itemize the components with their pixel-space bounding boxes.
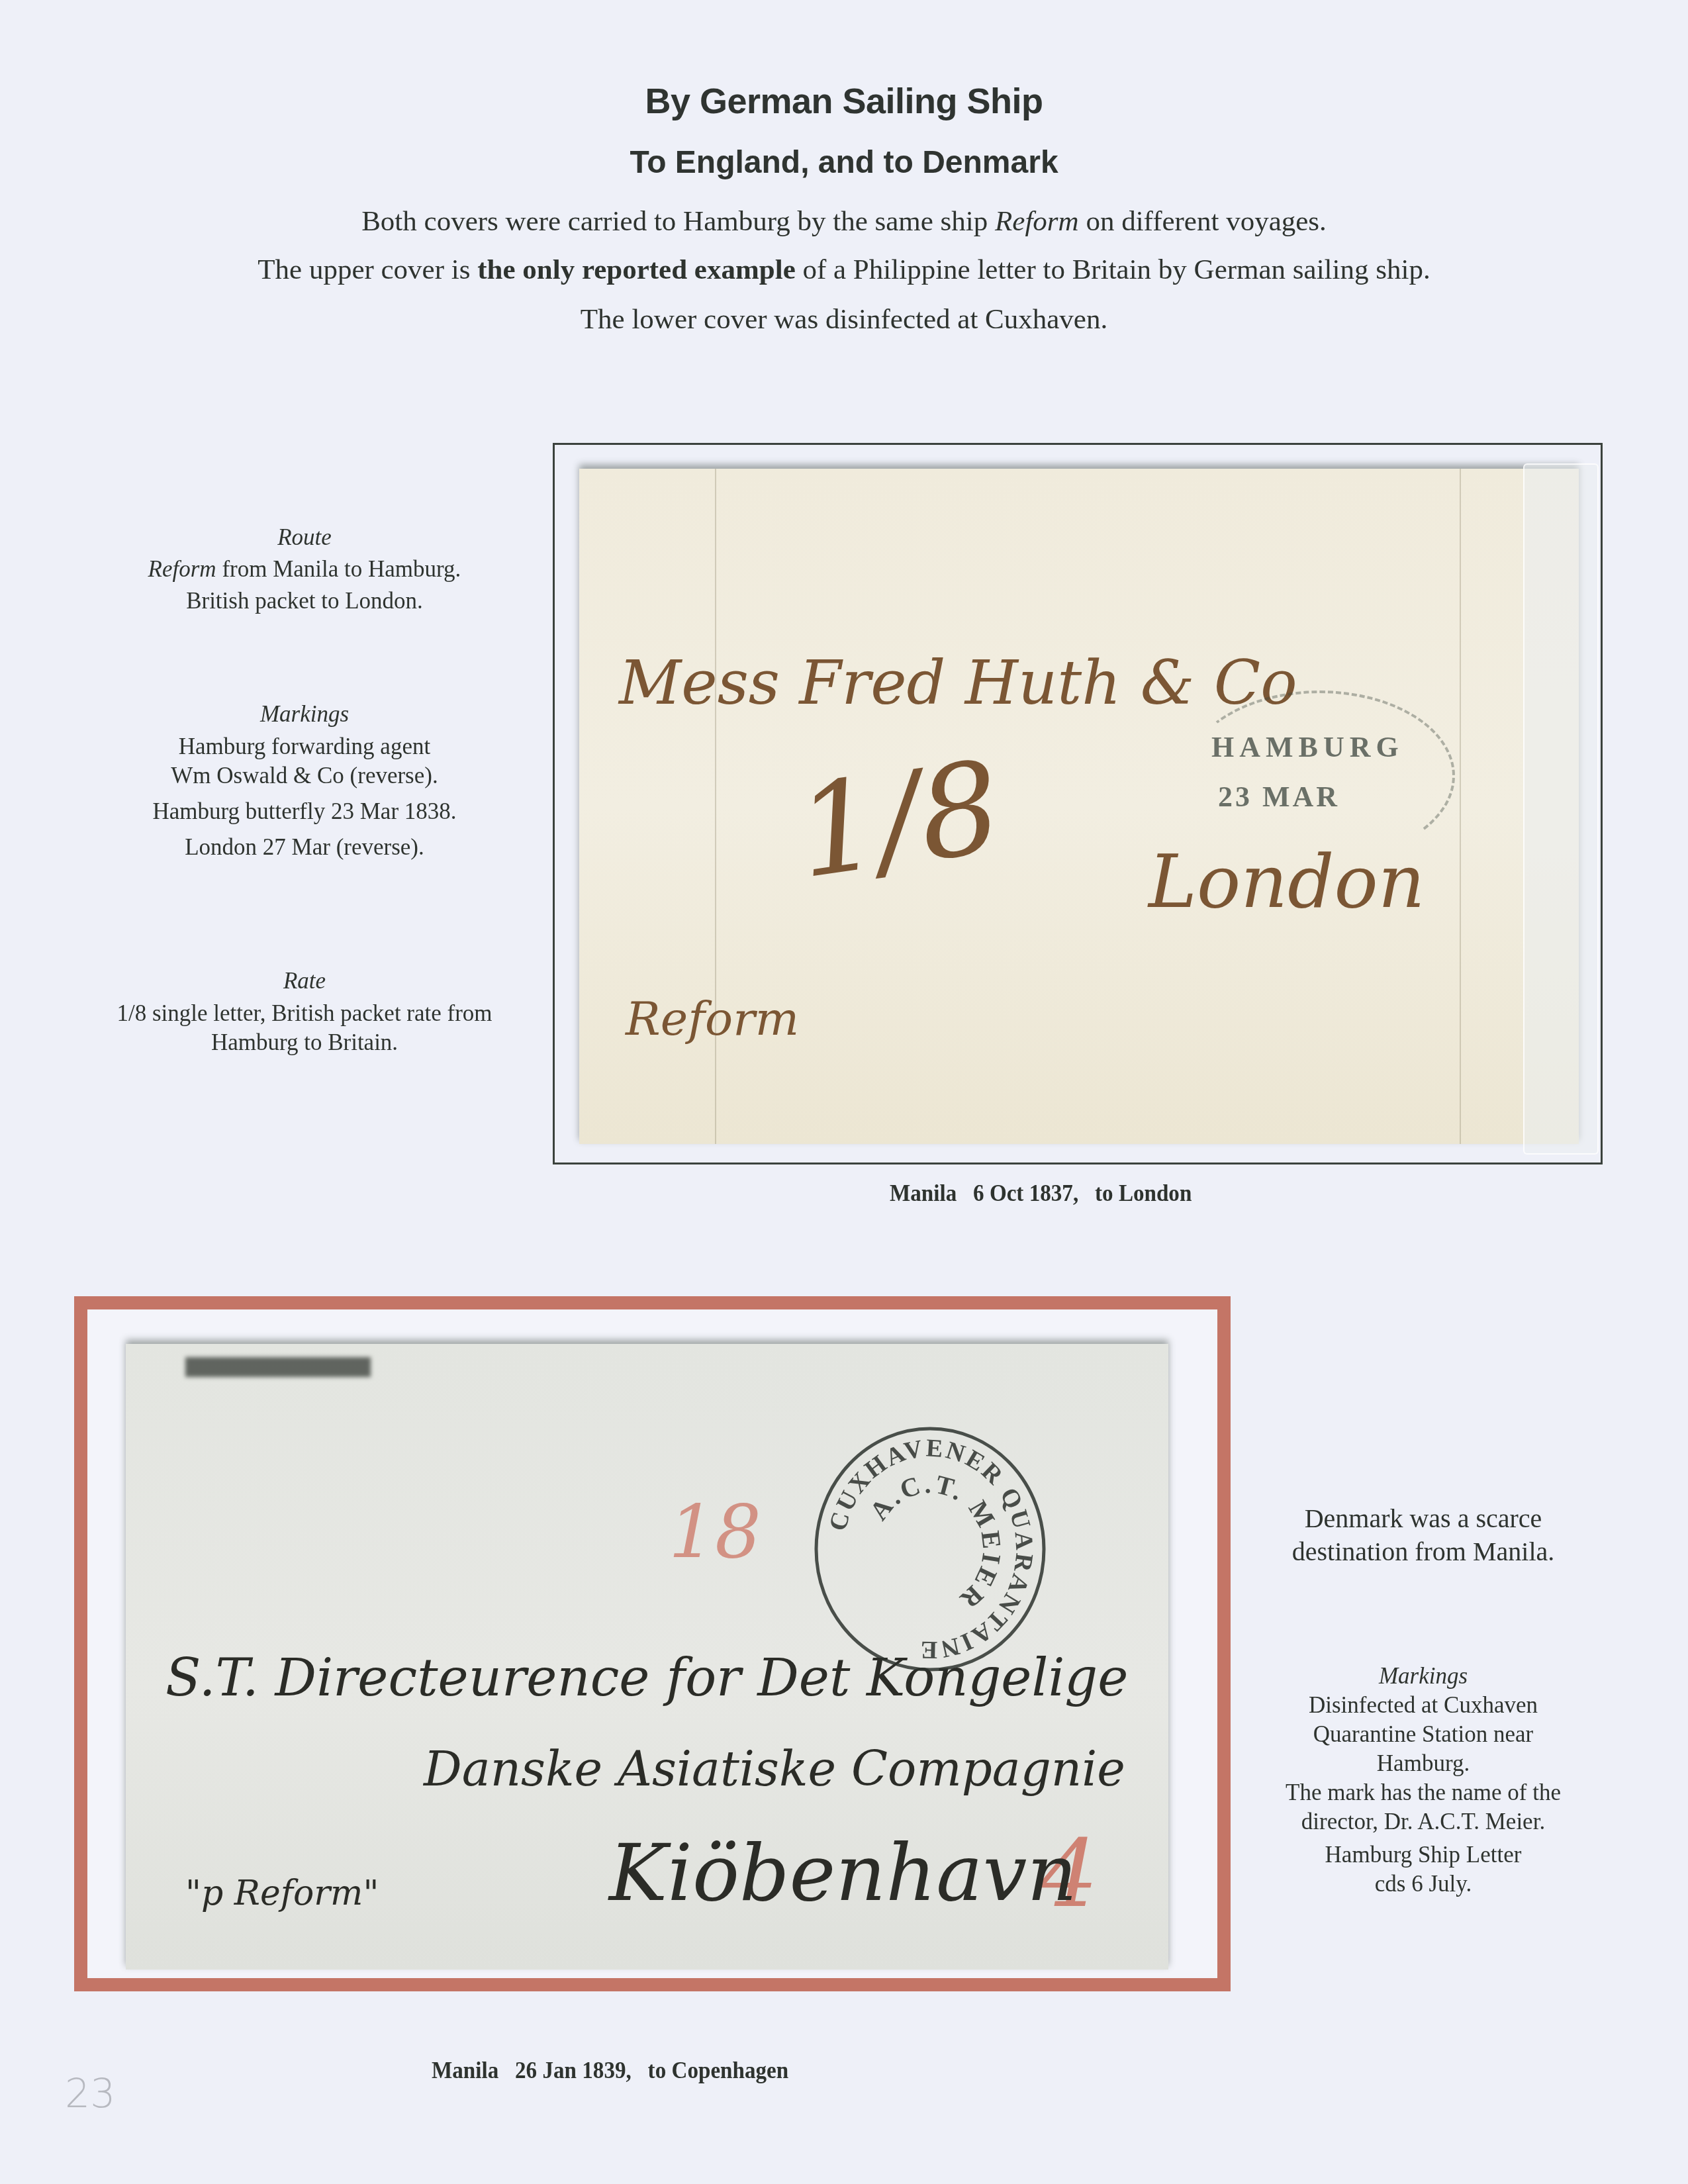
markings-heading: Markings [60, 700, 549, 729]
intro-line-1: Both covers were carried to Hamburg by t… [0, 205, 1688, 238]
cover-address-line-1: Mess Fred Huth & Co [619, 647, 1297, 718]
upper-cover-image: Mess Fred Huth & Co 1/8 London Reform HA… [579, 469, 1579, 1144]
route-line-1: Reform from Manila to Hamburg. [60, 555, 549, 584]
markings-line-3: Hamburg butterfly 23 Mar 1838. [60, 797, 549, 826]
red-rate-marking: 18 [669, 1490, 761, 1574]
intro-text: on different voyages. [1079, 206, 1327, 237]
markings-heading: Markings [1244, 1662, 1602, 1691]
markings-line-6: Hamburg Ship Letter [1244, 1840, 1602, 1870]
cuxhaven-quarantine-stamp: CUXHAVENER QUARANTAINE A.C.T. MEIER [804, 1417, 1056, 1682]
cover-address-line-2: Danske Asiatiske Compagnie [424, 1741, 1125, 1797]
ship-endorsement: "p Reform" [185, 1874, 379, 1913]
page-subtitle: To England, and to Denmark [0, 144, 1688, 181]
postmark-smudge [185, 1357, 371, 1377]
route-heading: Route [60, 523, 549, 552]
page-number: 23 [65, 2071, 115, 2117]
ship-name: Reform [148, 556, 216, 582]
cover-address-city: Kiöbenhavn [609, 1827, 1077, 1919]
route-text: from Manila to Hamburg. [216, 556, 461, 582]
hamburg-butterfly-postmark: HAMBURG 23 MAR [1211, 730, 1450, 876]
upper-cover-caption: Manila 6 Oct 1837, to London [890, 1179, 1192, 1207]
mount-sleeve [1523, 463, 1599, 1155]
intro-line-3: The lower cover was disinfected at Cuxha… [0, 303, 1688, 336]
markings-line-1: Disinfected at Cuxhaven [1244, 1691, 1602, 1720]
markings-line-2: Wm Oswald & Co (reverse). [60, 761, 549, 790]
postmark-arc [1185, 690, 1455, 861]
markings-line-1: Hamburg forwarding agent [60, 732, 549, 761]
intro-text: Both covers were carried to Hamburg by t… [361, 206, 995, 237]
markings-line-3: Hamburg. [1244, 1749, 1602, 1778]
ship-endorsement: Reform [626, 992, 799, 1046]
markings-line-2: Quarantine Station near [1244, 1720, 1602, 1749]
ship-name: Reform [995, 206, 1079, 237]
scarce-line-2: destination from Manila. [1244, 1537, 1602, 1566]
quarantine-stamp-graphic: CUXHAVENER QUARANTAINE A.C.T. MEIER [804, 1417, 1056, 1682]
page-title: By German Sailing Ship [0, 81, 1688, 122]
route-line-2: British packet to London. [60, 587, 549, 616]
lower-cover-image: 18 4 S.T. Directeurence for Det Kongelig… [126, 1344, 1168, 1970]
lower-cover-caption: Manila 26 Jan 1839, to Copenhagen [432, 2056, 788, 2084]
svg-text:A.C.T. MEIER: A.C.T. MEIER [864, 1469, 1008, 1617]
fold-line [1460, 469, 1461, 1144]
rate-line-2: Hamburg to Britain. [60, 1028, 549, 1057]
rate-heading: Rate [60, 967, 549, 996]
intro-text: of a Philippine letter to Britain by Ger… [796, 254, 1430, 285]
markings-line-5: director, Dr. A.C.T. Meier. [1244, 1807, 1602, 1836]
rate-marking: 1/8 [788, 734, 1009, 906]
postmark-town: HAMBURG [1211, 730, 1404, 764]
postmark-date: 23 MAR [1218, 780, 1340, 814]
markings-line-7: cds 6 July. [1244, 1870, 1602, 1899]
rate-line-1: 1/8 single letter, British packet rate f… [60, 999, 549, 1028]
scarce-line-1: Denmark was a scarce [1244, 1504, 1602, 1533]
markings-line-4: The mark has the name of the [1244, 1778, 1602, 1807]
stamp-inner-text: A.C.T. MEIER [864, 1469, 1008, 1617]
intro-line-2: The upper cover is the only reported exa… [0, 254, 1688, 286]
intro-text: The upper cover is [258, 254, 477, 285]
emphasis-text: the only reported example [477, 254, 796, 285]
markings-line-4: London 27 Mar (reverse). [60, 833, 549, 862]
